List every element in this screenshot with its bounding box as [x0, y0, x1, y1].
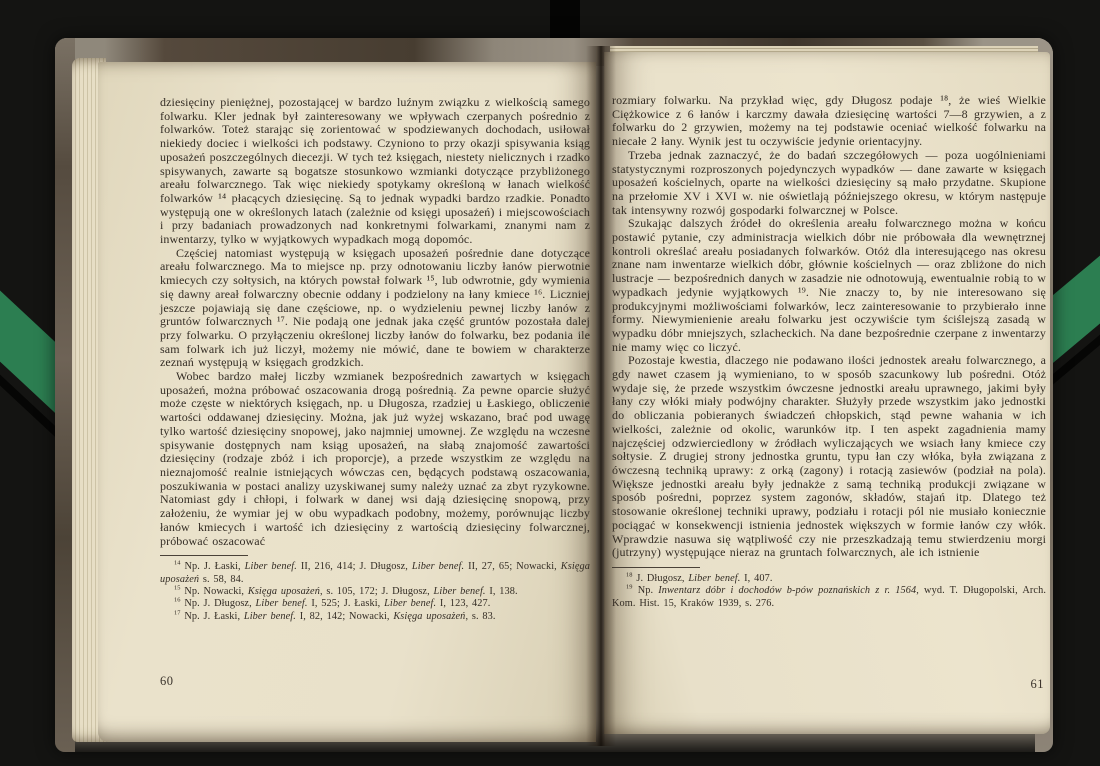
paragraph: dziesięciny pieniężnej, pozostającej w b…: [160, 96, 590, 247]
paragraph: Pozostaje kwestia, dlaczego nie podawano…: [612, 354, 1046, 560]
footnote: 19 Np. Inwentarz dóbr i dochodów b-pów p…: [612, 585, 1046, 610]
footnote: 16 Np. J. Długosz, Liber benef. I, 525; …: [160, 598, 590, 610]
page-number-left: 60: [160, 674, 174, 689]
footnotes-right: 18 J. Długosz, Liber benef. I, 407. 19 N…: [612, 573, 1046, 610]
page-right: rozmiary folwarku. Na przykład więc, gdy…: [604, 52, 1050, 734]
footnote-rule: [612, 567, 700, 568]
paragraph: rozmiary folwarku. Na przykład więc, gdy…: [612, 94, 1046, 149]
paragraph: Wobec bardzo małej liczby wzmianek bezpo…: [160, 370, 590, 548]
footnote: 18 J. Długosz, Liber benef. I, 407.: [612, 573, 1046, 585]
scan-photo-background: dziesięciny pieniężnej, pozostającej w b…: [0, 0, 1100, 766]
text-column-right: rozmiary folwarku. Na przykład więc, gdy…: [612, 94, 1046, 610]
text-column-left: dziesięciny pieniężnej, pozostającej w b…: [160, 96, 590, 623]
page-left: dziesięciny pieniężnej, pozostającej w b…: [98, 62, 596, 742]
footnote: 17 Np. J. Łaski, Liber benef. I, 82, 142…: [160, 611, 590, 623]
paragraph: Trzeba jednak zaznaczyć, że do badań szc…: [612, 149, 1046, 218]
footnote: 15 Np. Nowacki, Księga uposażeń, s. 105,…: [160, 586, 590, 598]
paragraph: Częściej natomiast występują w księgach …: [160, 247, 590, 370]
footnotes-left: 14 Np. J. Łaski, Liber benef. II, 216, 4…: [160, 561, 590, 623]
page-number-right: 61: [1031, 677, 1045, 692]
footnote-rule: [160, 555, 248, 556]
paragraph: Szukając dalszych źródeł do określenia a…: [612, 217, 1046, 354]
footnote: 14 Np. J. Łaski, Liber benef. II, 216, 4…: [160, 561, 590, 586]
gutter-shadow: [586, 46, 616, 746]
